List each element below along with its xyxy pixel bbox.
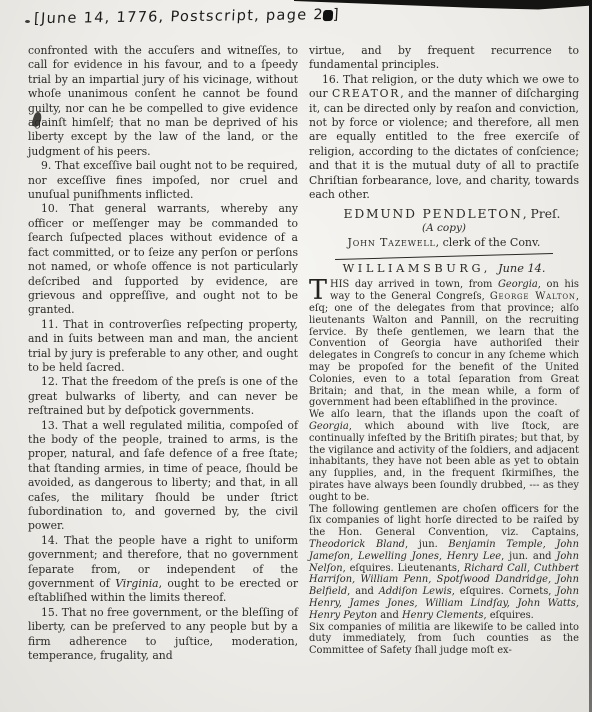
pen-dot-artifact	[25, 20, 30, 23]
declaration-item-14: 14. That the people have a right to unif…	[28, 534, 298, 606]
dateline-heading: WILLIAMSBURG, June 14.	[309, 261, 579, 276]
news-paragraph-militia: Six companies of militia are likewiſe to…	[309, 622, 579, 657]
declaration-item-13: 13. That a well regulated militia, compo…	[28, 419, 298, 534]
signature-block: EDMUND PENDLETON, Preſ. (A copy) John Ta…	[309, 206, 579, 250]
declaration-item-15: 15. That no free government, or the bleſ…	[28, 606, 298, 664]
annotation-bracket: ]	[332, 7, 340, 23]
news-paragraph-officers: The following gentlemen are choſen offic…	[309, 504, 579, 622]
left-column: confronted with the accuſers and witneſſ…	[28, 44, 298, 663]
declaration-item-16: 16. That religion, or the duty which we …	[309, 73, 579, 203]
clerk-signature: John Tazewell, clerk of the Conv.	[309, 235, 579, 250]
section-divider	[335, 253, 553, 260]
page-body: confronted with the accuſers and witneſſ…	[28, 44, 579, 663]
copy-note: (A copy)	[309, 222, 579, 235]
declaration-item-12: 12. That the freedom of the preſs is one…	[28, 375, 298, 418]
declaration-item-11: 11. That in controverſies reſpecting pro…	[28, 318, 298, 376]
ink-blob	[323, 9, 334, 20]
declaration-item-9: 9. That exceſſive bail ought not to be r…	[28, 159, 298, 202]
handwritten-annotation: [June 14, 1776, Postscript, page 2]	[34, 7, 341, 27]
declaration-paragraph-continued: confronted with the accuſers and witneſſ…	[28, 44, 298, 159]
newspaper-page-scan: [June 14, 1776, Postscript, page 2] conf…	[0, 0, 592, 712]
news-paragraph-islands: We alſo learn, that the iſlands upon the…	[309, 409, 579, 503]
declaration-item-10: 10. That general warrants, whereby any o…	[28, 202, 298, 317]
declaration-paragraph-continued-2: virtue, and by frequent recurrence to fu…	[309, 44, 579, 73]
president-signature: EDMUND PENDLETON, Preſ.	[309, 206, 579, 222]
news-paragraph-arrival: THIS day arrived in town, from Georgia, …	[309, 279, 579, 409]
annotation-text: [June 14, 1776, Postscript, page 2	[34, 7, 325, 27]
right-column: virtue, and by frequent recurrence to fu…	[309, 44, 579, 663]
